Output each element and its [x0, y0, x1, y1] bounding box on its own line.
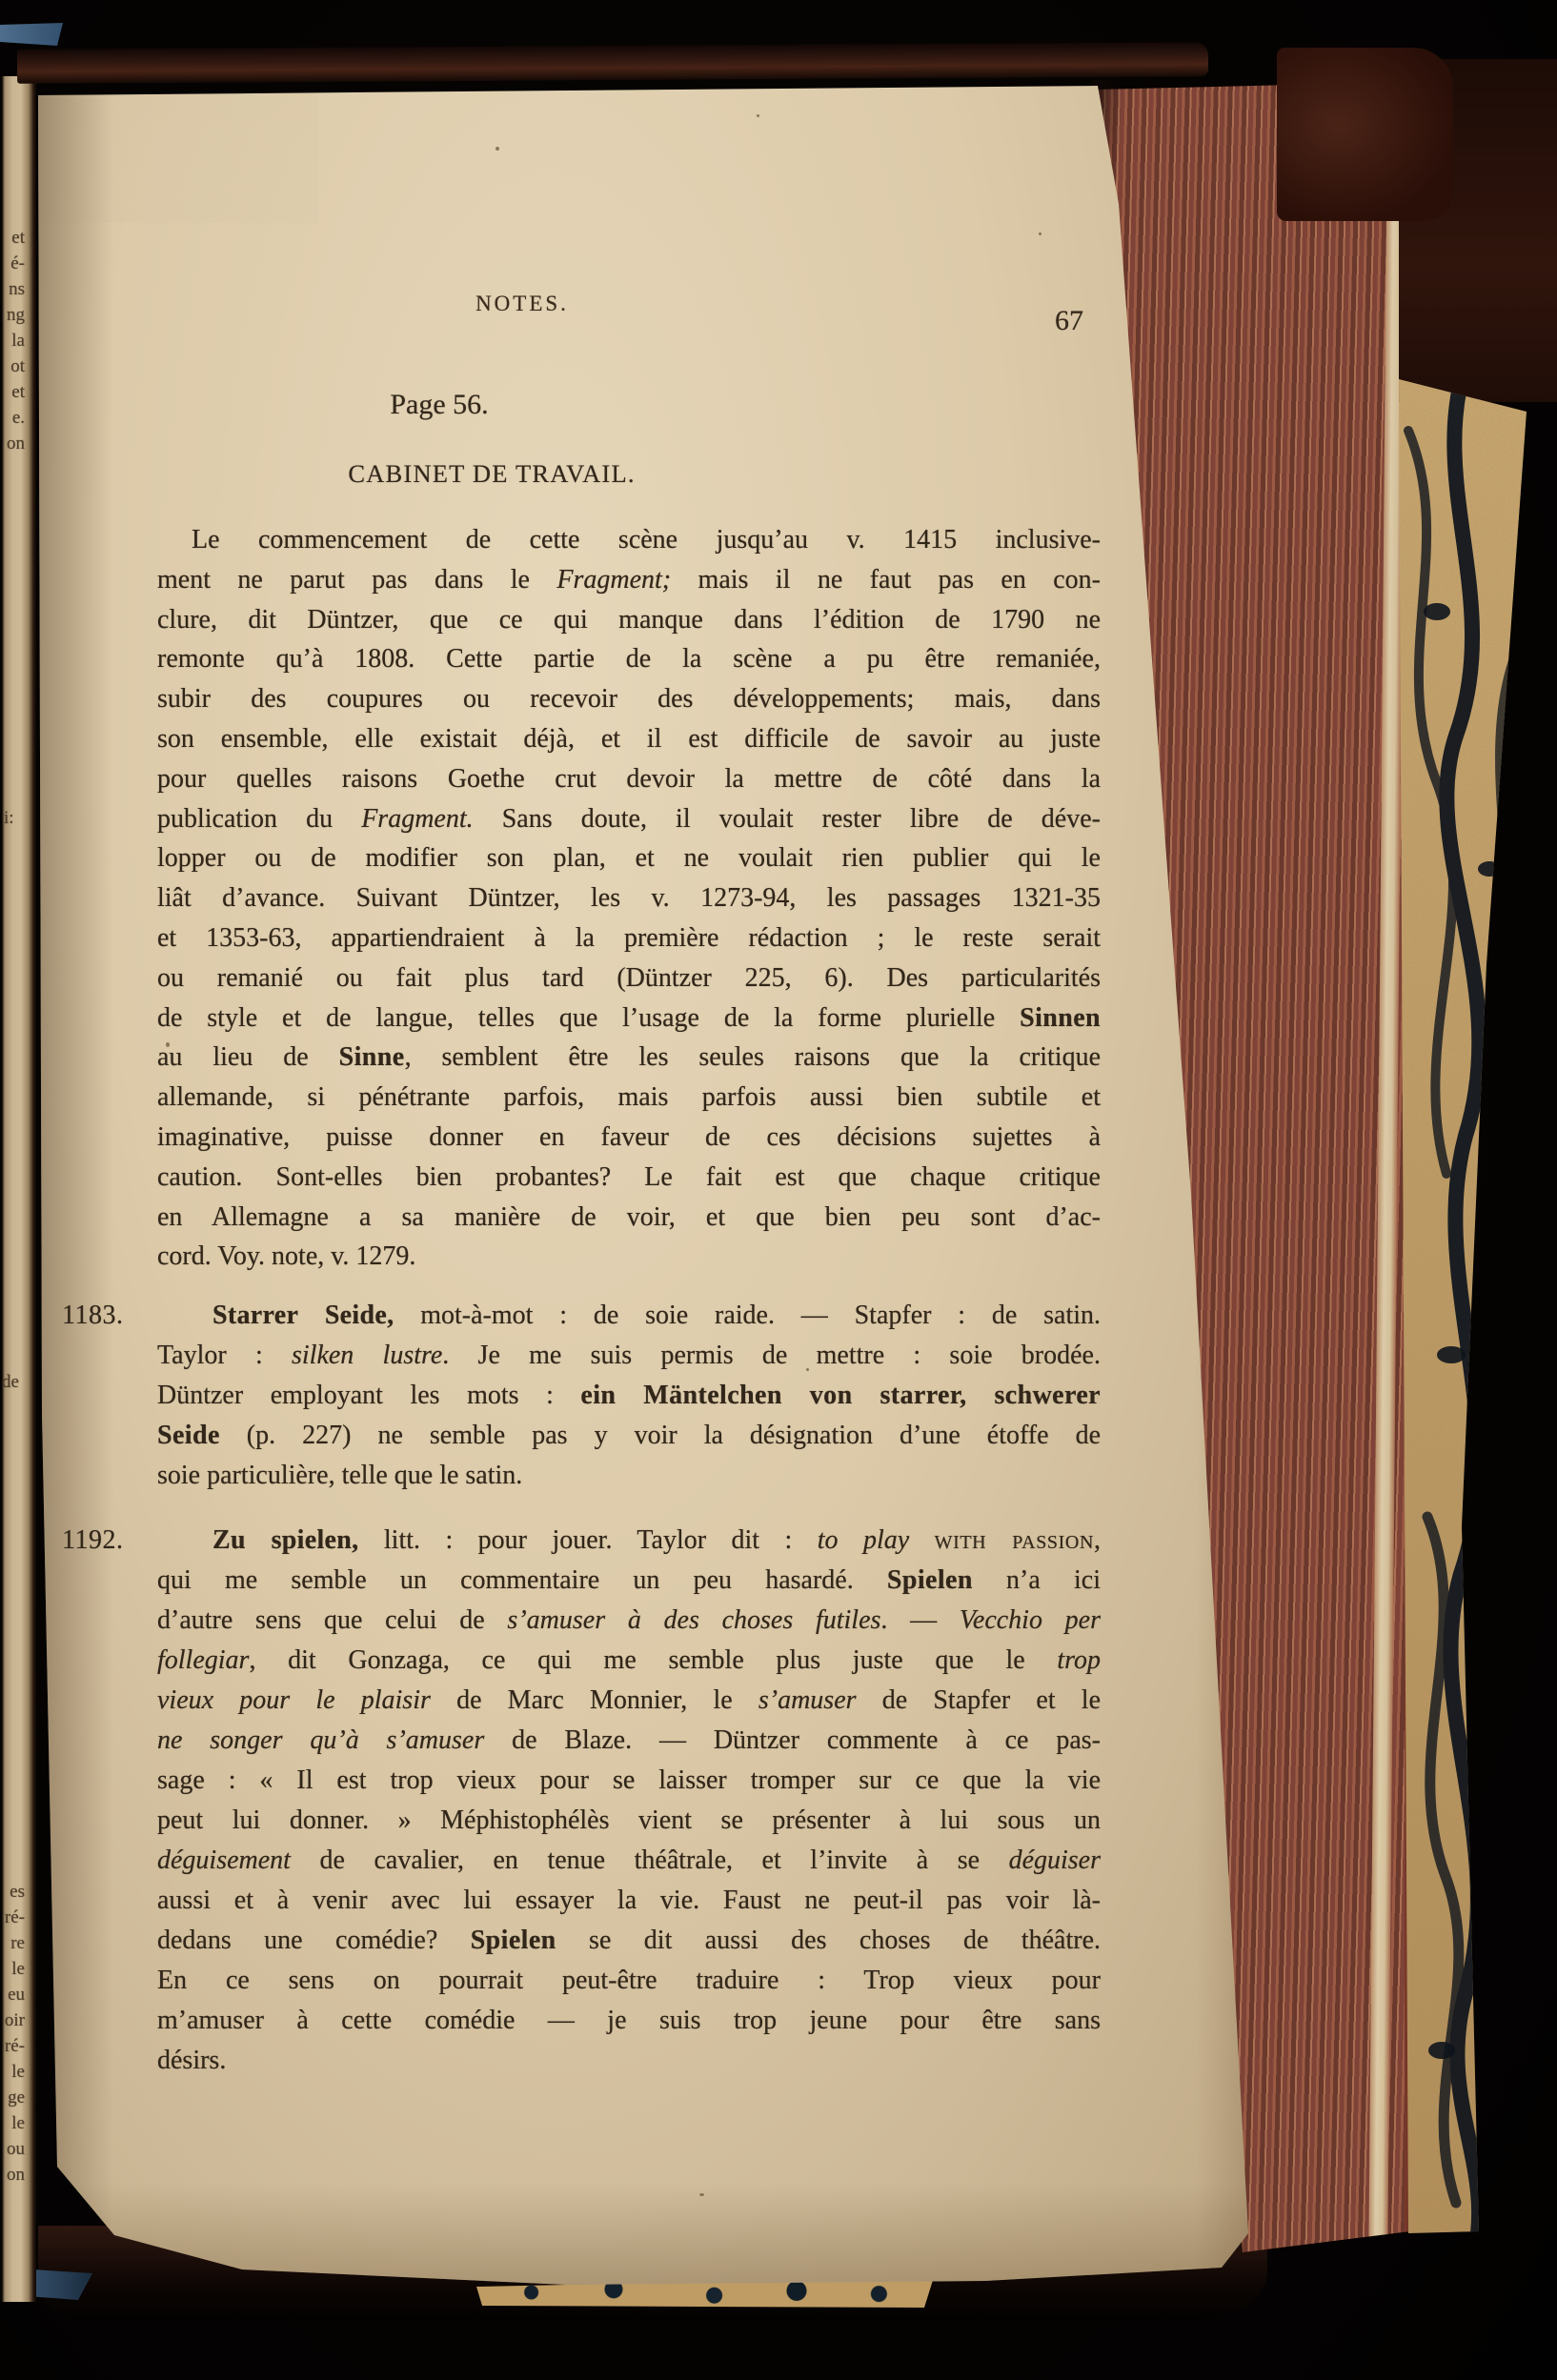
facing-page-text-fragment: le [0, 2110, 25, 2136]
text-line: Seide (p. 227) ne semble pas y voir la d… [157, 1416, 1101, 1456]
text-line: pour quelles raisons Goethe crut devoir … [157, 759, 1101, 799]
text-line: dedans une comédie? Spielen se dit aussi… [157, 1921, 1101, 1961]
facing-page-text-fragment: et [0, 379, 25, 405]
text-line: désirs. [157, 2041, 1101, 2081]
facing-page-text-fragment: é- [0, 251, 25, 276]
facing-page-text-fragment: oir [0, 2007, 25, 2033]
text-line: en Allemagne a sa manière de voir, et qu… [157, 1198, 1101, 1238]
text-line: ment ne parut pas dans le Fragment; mais… [157, 560, 1101, 600]
note-body: Zu spielen, litt. : pour jouer. Taylor d… [157, 1521, 1101, 2081]
intro-paragraph: Le commencement de cette scène jusqu’au … [157, 520, 1101, 1277]
endpaper-fragment-top-left [0, 23, 63, 46]
text-line: ou remanié ou fait plus tard (Düntzer 22… [157, 958, 1101, 998]
text-line: déguisement de cavalier, en tenue théâtr… [157, 1841, 1101, 1881]
text-line: clure, dit Düntzer, que ce qui manque da… [157, 600, 1101, 640]
text-line: peut lui donner. » Méphistophélès vient … [157, 1801, 1101, 1841]
note-number: 1192. [62, 1521, 150, 1561]
paper-grain [32, 80, 318, 223]
facing-page-text-fragment: ré- [0, 2033, 25, 2059]
facing-page-text-fragment: i: [4, 808, 14, 829]
page-reference-heading: Page 56. [368, 389, 511, 421]
page-number: 67 [1007, 305, 1083, 337]
facing-page-text-fragment: de [2, 1372, 19, 1393]
text-line: liât d’avance. Suivant Düntzer, les v. 1… [157, 878, 1101, 918]
facing-page-text-fragment: ot [0, 353, 25, 379]
facing-page-text-fragment: la [0, 328, 25, 353]
text-line: imaginative, puisse donner en faveur de … [157, 1118, 1101, 1158]
text-line: follegiar, dit Gonzaga, ce qui me semble… [157, 1641, 1101, 1681]
facing-page-text-fragment: ré- [0, 1905, 25, 1930]
text-line: soie particulière, telle que le satin. [157, 1456, 1101, 1496]
text-line: publication du Fragment. Sans doute, il … [157, 799, 1101, 839]
facing-page-text-fragment: e. [0, 405, 25, 431]
text-line: remonte qu’à 1808. Cette partie de la sc… [157, 639, 1101, 679]
facing-page-text-fragment: re [0, 1930, 25, 1956]
note-1183: 1183. Starrer Seide, mot-à-mot : de soie… [157, 1296, 1101, 1496]
facing-page-text-fragment: le [0, 1956, 25, 1982]
text-line: sage : « Il est trop vieux pour se laiss… [157, 1761, 1101, 1801]
note-number: 1183. [62, 1296, 150, 1336]
book-page: NOTES. 67 Page 56. CABINET DE TRAVAIL. L… [32, 80, 1271, 2287]
note-1192: 1192. Zu spielen, litt. : pour jouer. Ta… [157, 1521, 1101, 2081]
facing-page-text-fragment: ge [0, 2085, 25, 2110]
text-line: lopper ou de modifier son plan, et ne vo… [157, 838, 1101, 878]
facing-page-text-fragment: ou [0, 2136, 25, 2162]
text-line: allemande, si pénétrante parfois, mais p… [157, 1078, 1101, 1118]
text-line: au lieu de Sinne, semblent être les seul… [157, 1038, 1101, 1078]
facing-page-fragments-bottom: esré-releeuoirré-legeleouon [0, 1879, 25, 2188]
note-body: Starrer Seide, mot-à-mot : de soie raide… [157, 1296, 1101, 1496]
text-line: d’autre sens que celui de s’amuser à des… [157, 1601, 1101, 1641]
facing-page-text-fragment: es [0, 1879, 25, 1905]
book-cover-corner [1277, 48, 1453, 221]
text-line: aussi et à venir avec lui essayer la vie… [157, 1881, 1101, 1921]
facing-page-text-fragment: le [0, 2059, 25, 2085]
text-line: qui me semble un commentaire un peu hasa… [157, 1561, 1101, 1601]
text-line: subir des coupures ou recevoir des dével… [157, 679, 1101, 719]
text-line: Starrer Seide, mot-à-mot : de soie raide… [157, 1296, 1101, 1336]
facing-page-text-fragment: et [0, 225, 25, 251]
text-line: Taylor : silken lustre. Je me suis permi… [157, 1336, 1101, 1376]
facing-page-text-fragment: on [0, 431, 25, 456]
text-line: et 1353-63, appartiendraient à la premiè… [157, 918, 1101, 958]
text-line: En ce sens on pourrait peut-être traduir… [157, 1961, 1101, 2001]
text-line: Le commencement de cette scène jusqu’au … [157, 520, 1101, 560]
book-cover-top-edge [17, 42, 1208, 84]
facing-page-text-fragment: on [0, 2162, 25, 2188]
text-line: de style et de langue, telles que l’usag… [157, 998, 1101, 1039]
text-line: Düntzer employant les mots : ein Mäntelc… [157, 1376, 1101, 1416]
scene-title-heading: CABINET DE TRAVAIL. [339, 459, 644, 489]
text-line: Zu spielen, litt. : pour jouer. Taylor d… [157, 1521, 1101, 1561]
text-line: cord. Voy. note, v. 1279. [157, 1237, 1101, 1277]
text-line: vieux pour le plaisir de Marc Monnier, l… [157, 1681, 1101, 1721]
text-line: son ensemble, elle existait déjà, et il … [157, 719, 1101, 759]
running-head-title: NOTES. [427, 292, 617, 316]
text-line: caution. Sont-elles bien probantes? Le f… [157, 1158, 1101, 1198]
facing-page-text-fragment: eu [0, 1982, 25, 2007]
facing-page-text-fragment: ns [0, 276, 25, 302]
text-line: m’amuser à cette comédie — je suis trop … [157, 2001, 1101, 2041]
marbled-board [1399, 373, 1532, 2241]
facing-page-fragments-top: eté-nsnglaotete.on [0, 225, 25, 456]
text-line: ne songer qu’à s’amuser de Blaze. — Dünt… [157, 1721, 1101, 1761]
book-photo: eté-nsnglaotete.on i: de esré-releeuoirr… [0, 0, 1557, 2380]
facing-page-text-fragment: ng [0, 302, 25, 328]
